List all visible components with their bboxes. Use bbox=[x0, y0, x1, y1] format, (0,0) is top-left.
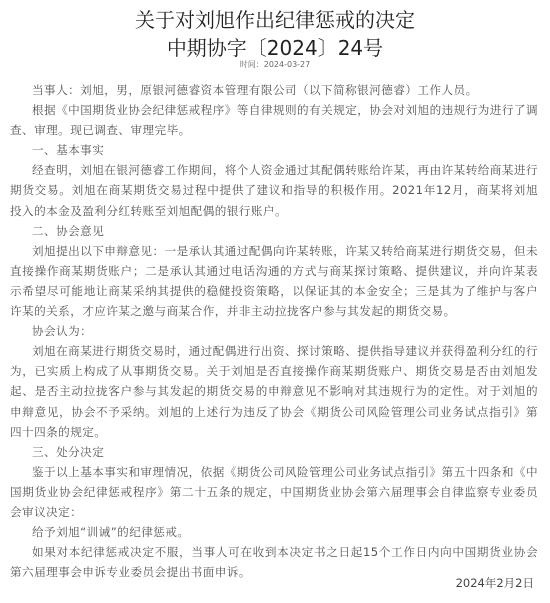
defense-paragraph: 刘旭提出以下申辩意见：一是承认其通过配偶向许某转账，许某又转给商某进行期货交易，… bbox=[10, 241, 538, 321]
section-heading-opinion: 二、协会意见 bbox=[10, 221, 538, 241]
penalty-paragraph: 给予刘旭“训诫”的纪律惩戒。 bbox=[10, 522, 538, 542]
section-heading-facts: 一、基本事实 bbox=[10, 140, 538, 160]
decision-basis-paragraph: 鉴于以上基本事实和审理情况，依据《期货公司风险管理公司业务试点指引》第五十四条和… bbox=[10, 462, 538, 522]
document-title: 关于对刘旭作出纪律惩戒的决定 bbox=[0, 6, 550, 34]
signature-date: 2024年2月2日 bbox=[456, 575, 534, 591]
association-view-label: 协会认为： bbox=[10, 321, 538, 341]
publish-time: 时间：2024-03-27 bbox=[0, 60, 550, 70]
document-body: 当事人：刘旭，男，原银河德睿资本管理有限公司（以下简称银河德睿）工作人员。 根据… bbox=[10, 80, 538, 582]
association-view-paragraph: 刘旭在商某进行期货交易时，通过配偶进行出资、探讨策略、提供指导建议并获得盈利分红… bbox=[10, 341, 538, 441]
basis-paragraph: 根据《中国期货业协会纪律惩戒程序》等自律规则的有关规定，协会对刘旭的违规行为进行… bbox=[10, 100, 538, 140]
document-number: 中期协字〔2024〕24号 bbox=[0, 34, 550, 62]
party-paragraph: 当事人：刘旭，男，原银河德睿资本管理有限公司（以下简称银河德睿）工作人员。 bbox=[10, 80, 538, 100]
facts-paragraph: 经查明，刘旭在银河德睿工作期间，将个人资金通过其配偶转账给许某，再由许某转给商某… bbox=[10, 160, 538, 220]
section-heading-decision: 三、处分决定 bbox=[10, 442, 538, 462]
